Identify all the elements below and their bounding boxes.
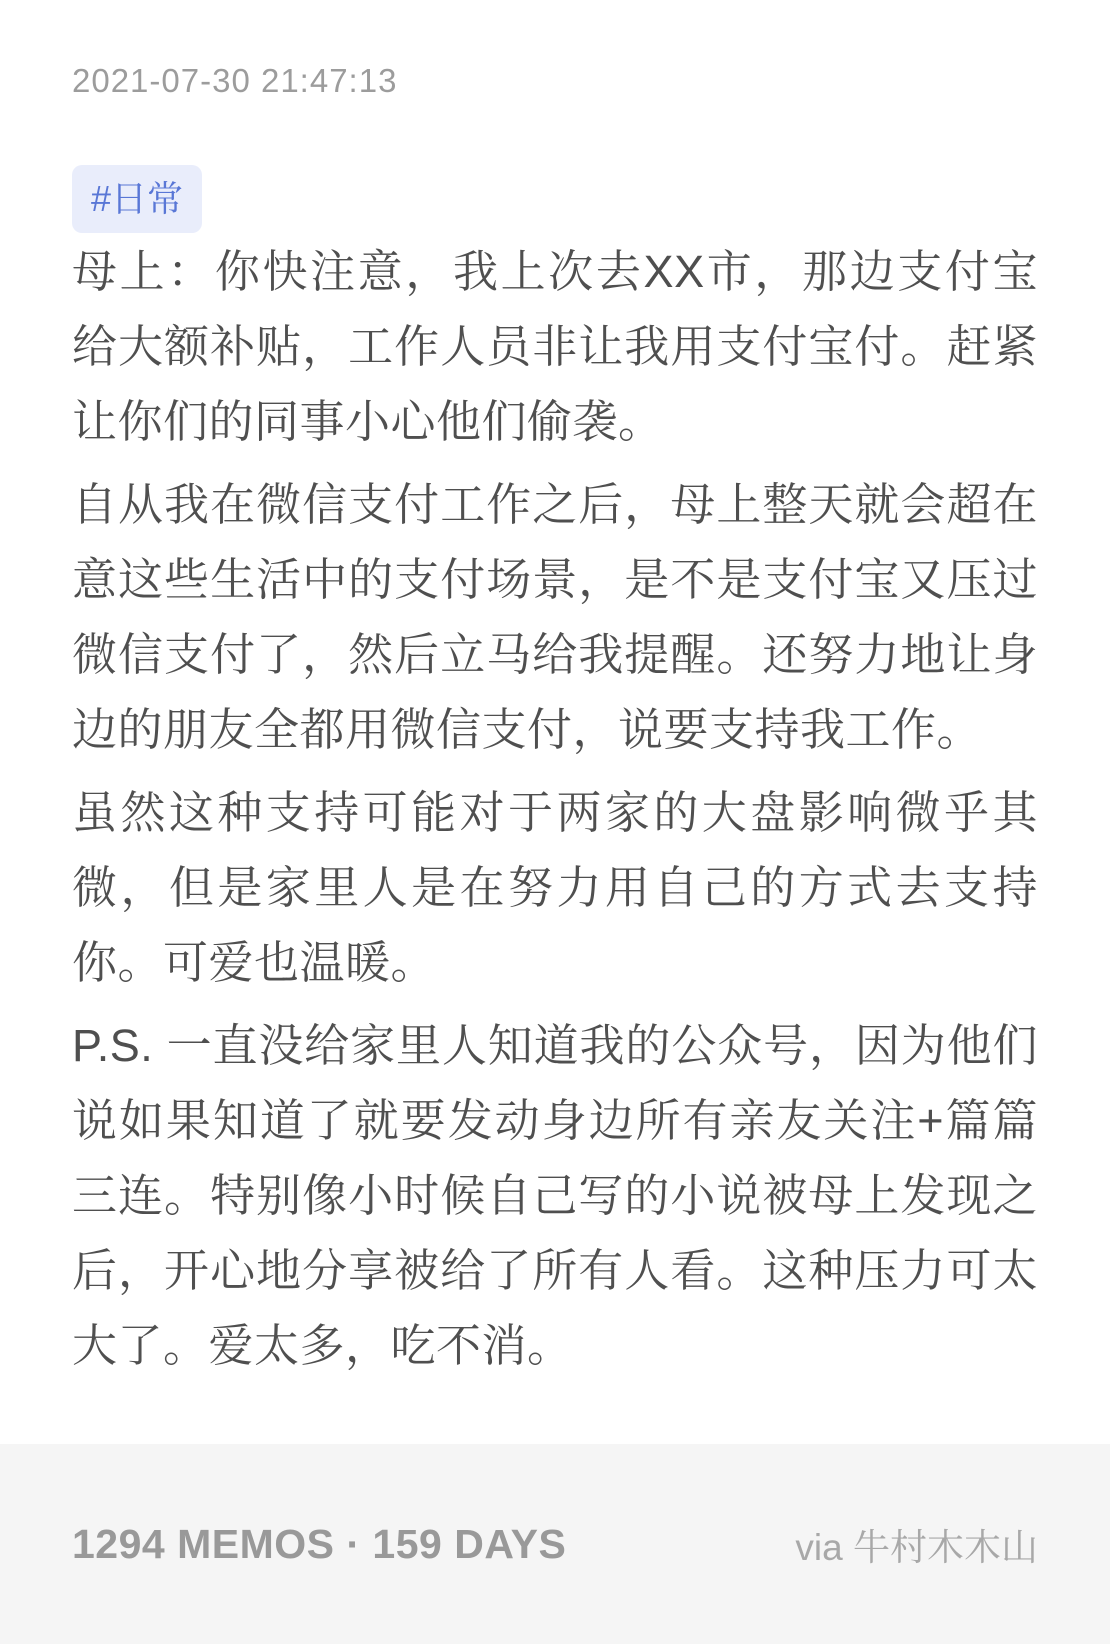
memo-paragraph: 虽然这种支持可能对于两家的大盘影响微乎其微，但是家里人是在努力用自己的方式去支持… <box>72 775 1038 1000</box>
memo-share-card: 2021-07-30 21:47:13 #日常 母上：你快注意，我上次去XX市，… <box>0 0 1110 1644</box>
tag-row: #日常 <box>72 165 1038 233</box>
memo-stats: 1294 MEMOS · 159 DAYS <box>72 1521 566 1568</box>
tag-chip[interactable]: #日常 <box>72 165 202 233</box>
memo-paragraph: P.S. 一直没给家里人知道我的公众号，因为他们说如果知道了就要发动身边所有亲友… <box>72 1008 1038 1383</box>
footer-bar: 1294 MEMOS · 159 DAYS via 牛村木木山 <box>0 1444 1110 1644</box>
memo-paragraph: 母上：你快注意，我上次去XX市，那边支付宝给大额补贴，工作人员非让我用支付宝付。… <box>72 234 1038 459</box>
memo-body: 母上：你快注意，我上次去XX市，那边支付宝给大额补贴，工作人员非让我用支付宝付。… <box>72 234 1038 1383</box>
footer-attribution: via 牛村木木山 <box>795 1517 1038 1571</box>
memo-card: 2021-07-30 21:47:13 #日常 母上：你快注意，我上次去XX市，… <box>0 0 1110 1383</box>
memo-timestamp: 2021-07-30 21:47:13 <box>72 62 1038 100</box>
memo-paragraph: 自从我在微信支付工作之后，母上整天就会超在意这些生活中的支付场景，是不是支付宝又… <box>72 467 1038 767</box>
